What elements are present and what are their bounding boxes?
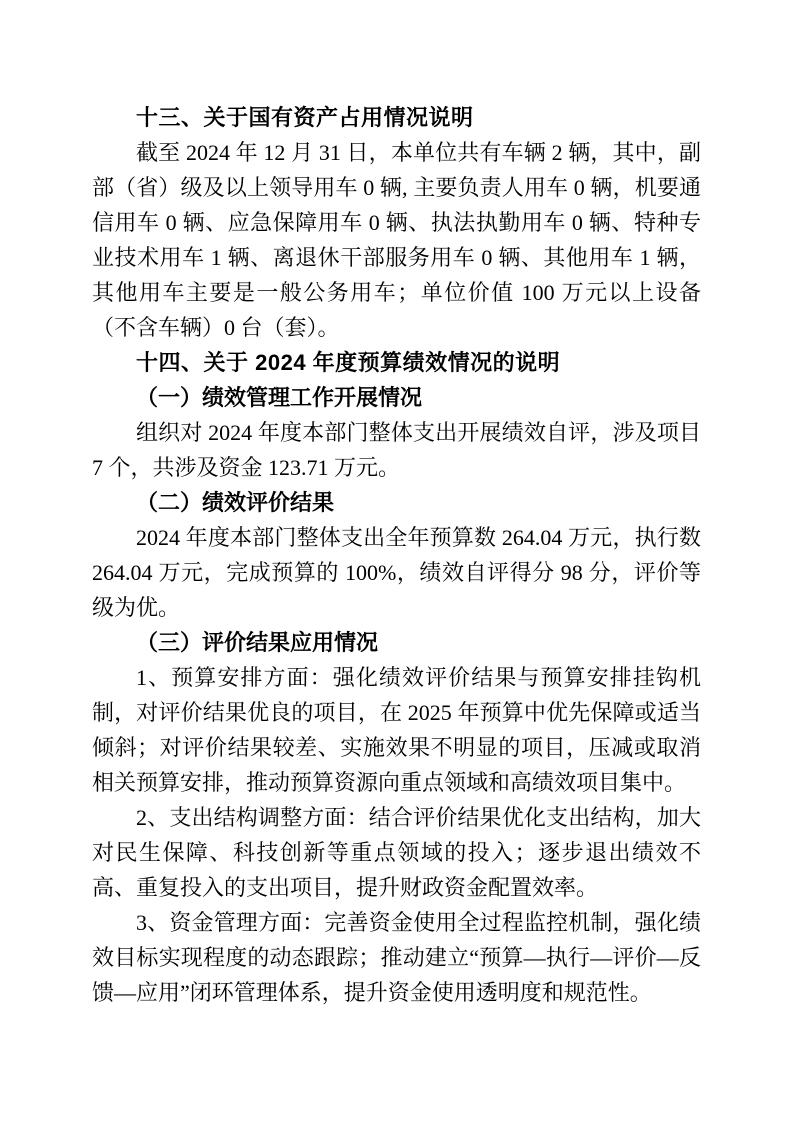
subsection-2-heading: （二）绩效评价结果 — [92, 485, 701, 520]
section-13-heading: 十三、关于国有资产占用情况说明 — [92, 100, 701, 135]
subsection-1-paragraph: 组织对 2024 年度本部门整体支出开展绩效自评，涉及项目 7 个，共涉及资金 … — [92, 415, 701, 485]
subsection-3-item-3-paragraph: 3、资金管理方面：完善资金使用全过程监控机制，强化绩效目标实现程度的动态跟踪；推… — [92, 905, 701, 1010]
subsection-3-item-2-paragraph: 2、支出结构调整方面：结合评价结果优化支出结构，加大对民生保障、科技创新等重点领… — [92, 800, 701, 905]
subsection-2-paragraph: 2024 年度本部门整体支出全年预算数 264.04 万元，执行数 264.04… — [92, 520, 701, 625]
section-14-heading: 十四、关于 2024 年度预算绩效情况的说明 — [92, 345, 701, 380]
subsection-3-item-1-paragraph: 1、预算安排方面：强化绩效评价结果与预算安排挂钩机制，对评价结果优良的项目，在 … — [92, 660, 701, 800]
section-13-paragraph-assets: 截至 2024 年 12 月 31 日，本单位共有车辆 2 辆，其中，副部（省）… — [92, 135, 701, 345]
subsection-3-heading: （三）评价结果应用情况 — [92, 625, 701, 660]
document-page: 十三、关于国有资产占用情况说明 截至 2024 年 12 月 31 日，本单位共… — [0, 0, 793, 1122]
subsection-1-heading: （一）绩效管理工作开展情况 — [92, 380, 701, 415]
document-content: 十三、关于国有资产占用情况说明 截至 2024 年 12 月 31 日，本单位共… — [92, 100, 701, 1010]
